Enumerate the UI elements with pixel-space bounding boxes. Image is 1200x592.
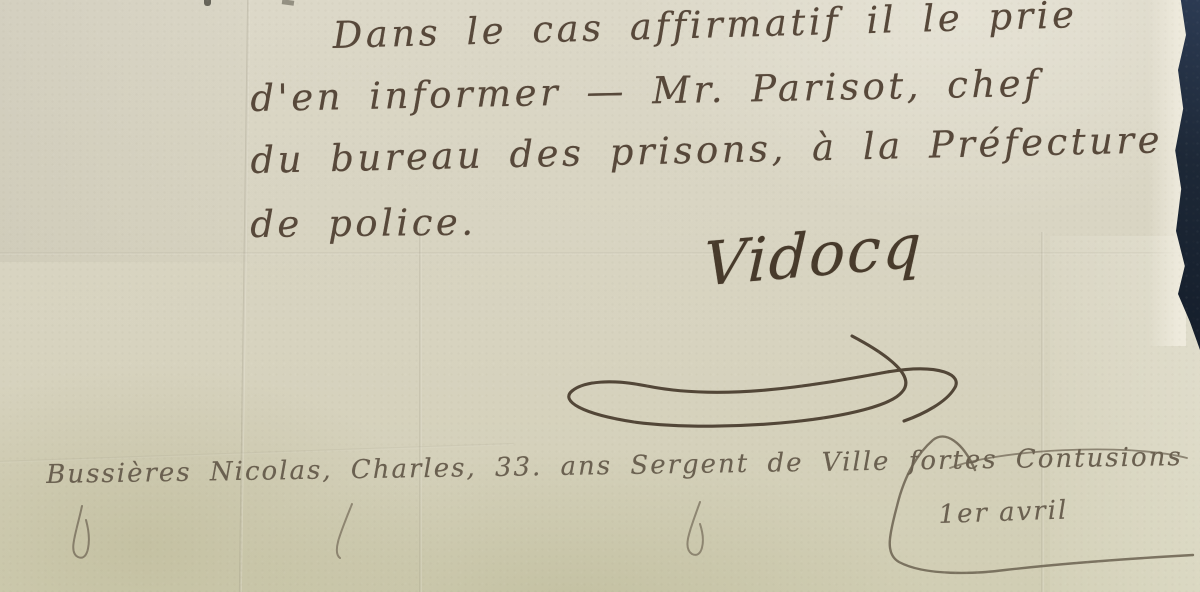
paper-edge-mark xyxy=(204,0,211,6)
letter-line-4: de police. xyxy=(250,201,477,246)
horizontal-fold-crease xyxy=(0,252,1200,255)
annotation-descender-strokes xyxy=(40,492,760,592)
letter-photograph: Dans le cas affirmatif il le prie d'en i… xyxy=(0,0,1200,592)
paper-tone-patch xyxy=(0,0,248,262)
signature-paraph-flourish xyxy=(552,322,1012,437)
annotation-flourish xyxy=(835,428,1200,588)
